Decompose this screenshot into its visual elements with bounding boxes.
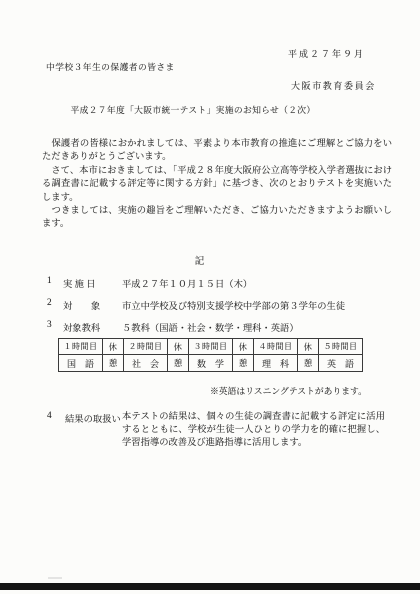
item-number: 2 [47,298,52,308]
item-value: 平成２７年１０月１５日（木） [122,276,252,290]
table-cell: ４時間目 [254,339,298,355]
schedule-table: １時間目 休 ２時間目 休 ３時間目 休 ４時間目 休 ５時間目 国 語 憩 社… [58,338,363,372]
table-cell: 休 [168,339,189,355]
table-row-subjects: 国 語 憩 社 会 憩 数 学 憩 理 科 憩 英 語 [59,355,363,372]
item-value: ５教科（国語・社会・数学・理科・英語） [122,320,299,334]
table-cell: １時間目 [59,339,103,355]
document-page: 平成２７年９月 中学校３年生の保護者の皆さま 大阪市教育委員会 平成２７年度「大… [0,0,420,594]
table-cell: 社 会 [124,355,168,372]
item-label: 対象教科 [63,320,100,334]
table-cell: 休 [103,339,124,355]
table-cell: 数 学 [189,355,233,372]
table-cell: 憩 [233,355,254,372]
table-cell: 憩 [298,355,319,372]
table-cell: ３時間目 [189,339,233,355]
item-label: 実 施 日 [63,276,96,290]
table-cell: 理 科 [254,355,298,372]
table-cell: 休 [233,339,254,355]
item-value: 本テストの結果は、個々の生徒の調査書に記載する評定に活用するとともに、学校が生徒… [122,411,385,451]
table-cell: 休 [298,339,319,355]
table-cell: ５時間目 [319,339,363,355]
item-value: 市立中学校及び特別支援学校中学部の第３学年の生徒 [122,298,345,312]
item-label: 対 象 [63,298,100,312]
item-number: 4 [47,411,52,421]
item-number: 1 [47,276,52,286]
scan-smudge [48,577,62,579]
table-cell: 英 語 [319,355,363,372]
document-title: 平成２７年度「大阪市統一テスト」実施のお知らせ（２次） [0,103,386,116]
record-marker: 記 [0,253,400,267]
paragraph-request: つきましては、実施の趣旨をご理解いただき、ご協力いただきますようお願いします。 [42,205,392,232]
table-note: ※英語はリスニングテストがあります。 [210,384,367,397]
table-row-periods: １時間目 休 ２時間目 休 ３時間目 休 ４時間目 休 ５時間目 [59,339,363,355]
recipient-line: 中学校３年生の保護者の皆さま [46,60,175,73]
paragraph-purpose: さて、本市におきましては、「平成２８年度大阪府公立高等学校入学者選抜における調査… [42,165,392,205]
item-number: 3 [47,320,52,330]
scan-edge-artifact [0,583,420,590]
table-cell: 憩 [103,355,124,372]
sender-line: 大阪市教育委員会 [291,79,376,92]
table-cell: ２時間目 [124,339,168,355]
table-cell: 国 語 [59,355,103,372]
table-cell: 憩 [168,355,189,372]
item-label: 結果の取扱い [65,411,121,425]
document-date: 平成２７年９月 [288,47,365,60]
body-paragraphs: 保護者の皆様におかれましては、平素より本市教育の推進にご理解とご協力をいただきあ… [42,138,392,232]
paragraph-greeting: 保護者の皆様におかれましては、平素より本市教育の推進にご理解とご協力をいただきあ… [42,138,392,165]
